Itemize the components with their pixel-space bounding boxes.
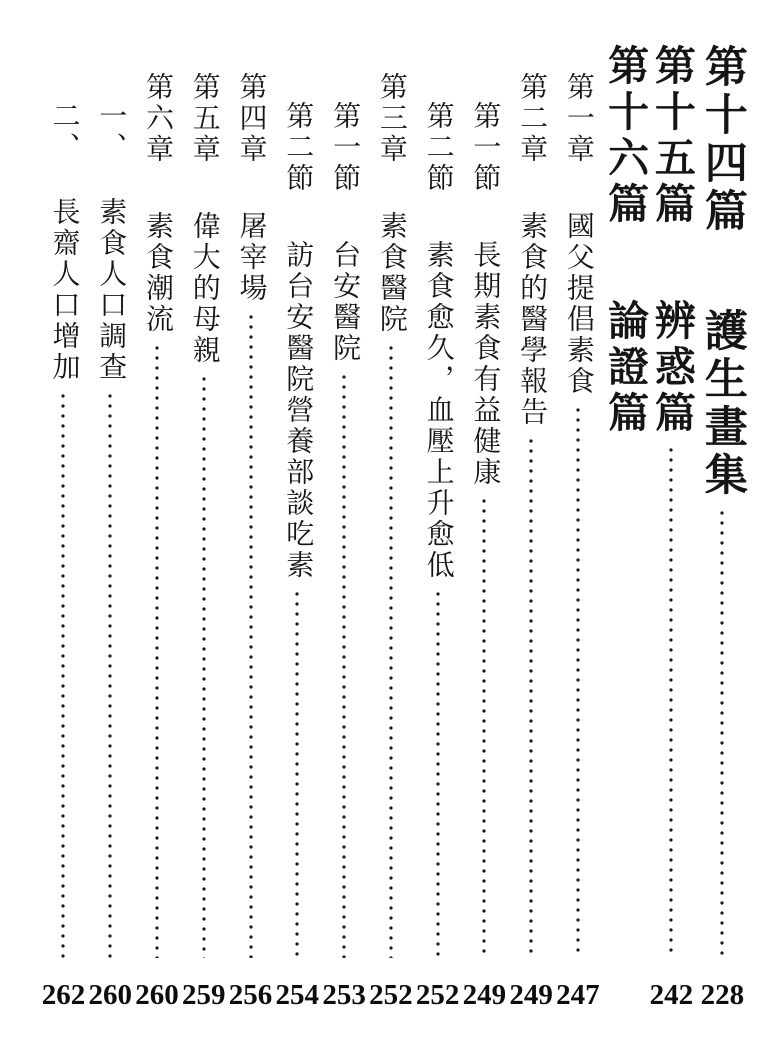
toc-entry: 第二節 訪台安醫院營養部談吃素 254: [274, 44, 321, 1010]
toc-entry-text: 第一章 國父提倡素食: [564, 44, 592, 397]
page-number: 253: [322, 958, 366, 1010]
toc-entry-label: 第四章: [237, 72, 265, 165]
page-number: 249: [463, 958, 507, 1010]
toc-entry-text: 第三章 素食醫院: [377, 44, 405, 335]
toc-entry: 第二章 素食的醫學報告 249: [508, 44, 555, 1010]
toc-entry-title: 偉大的母親: [190, 211, 218, 366]
toc-entry-title: 長齋人口增加: [49, 197, 77, 383]
dot-leader: [667, 445, 675, 958]
dot-leader: [247, 312, 255, 958]
page-number: 228: [701, 958, 745, 1010]
toc-entry-title: 長期素食有益健康: [470, 240, 498, 488]
toc-entry-title: 訪台安醫院營養部談吃素: [283, 240, 311, 581]
toc-entry-text: 第一節 台安醫院: [330, 44, 358, 364]
toc-entry-text: 第十六篇 論證篇: [604, 44, 645, 437]
toc-entry-title: 屠宰場: [237, 211, 265, 304]
toc-entry-label: 二、: [49, 101, 77, 163]
toc-entry-text: 第五章 偉大的母親: [190, 44, 218, 366]
toc-entry-text: 第二節 訪台安醫院營養部談吃素: [283, 44, 311, 581]
dot-leader: [718, 508, 726, 958]
page-number: 249: [509, 958, 553, 1010]
dot-leader: [340, 372, 348, 958]
toc-entry-title: 素食醫院: [377, 211, 405, 335]
dot-leader: [106, 391, 114, 958]
toc-entry-title: 論證篇: [604, 299, 645, 437]
toc-entry-title: 素食愈久，血壓上升愈低: [424, 240, 452, 581]
page-number: 242: [650, 958, 694, 1010]
toc-entry-label: 第三章: [377, 72, 405, 165]
page-number: 259: [182, 958, 226, 1010]
toc-entry-title: 台安醫院: [330, 240, 358, 364]
toc-entry-text: 第一節 長期素食有益健康: [470, 44, 498, 488]
page-number: 254: [276, 958, 320, 1010]
dot-leader: [621, 445, 629, 958]
toc-entry-label: 第六章: [143, 72, 171, 165]
dot-leader: [480, 496, 488, 958]
toc-entry: 第四章 屠宰場 256: [227, 44, 274, 1010]
toc-entry: 第一節 長期素食有益健康 249: [461, 44, 508, 1010]
toc-entry-text: 第十四篇 護生畫集: [701, 44, 744, 500]
toc-entry-text: 第六章 素食潮流: [143, 44, 171, 335]
toc-entry-label: 第一節: [470, 101, 498, 194]
dot-leader: [59, 391, 67, 958]
dot-leader: [200, 374, 208, 958]
toc-entry-label: 第二章: [517, 72, 545, 165]
toc-entry-title: 護生畫集: [701, 308, 744, 500]
toc-entry-label: 第十六篇: [604, 44, 645, 228]
toc-entry: 第十六篇 論證篇: [601, 44, 648, 1010]
toc-entry-label: 第二節: [283, 101, 311, 194]
toc-entry-title: 素食的醫學報告: [517, 211, 545, 428]
toc-entry-text: 第二節 素食愈久，血壓上升愈低: [424, 44, 452, 581]
page-number: 256: [229, 958, 273, 1010]
toc-entry: 第二節 素食愈久，血壓上升愈低 252: [414, 44, 461, 1010]
toc-entry-label: 第一節: [330, 101, 358, 194]
page-number: 262: [42, 958, 86, 1010]
toc-entry: 第三章 素食醫院 252: [367, 44, 414, 1010]
toc-entry-title: 素食人口調查: [96, 197, 124, 383]
toc-entry-text: 第二章 素食的醫學報告: [517, 44, 545, 428]
toc-entry-label: 第一章: [564, 72, 592, 165]
toc-entry-label: 一、: [96, 101, 124, 163]
dot-leader: [527, 436, 535, 958]
toc-entry-title: 素食潮流: [143, 211, 171, 335]
toc-entry-text: 第十五篇 辨惑篇: [651, 44, 692, 437]
page-number: 260: [135, 958, 179, 1010]
dot-leader: [293, 589, 301, 958]
toc-entry: 第十五篇 辨惑篇 242: [648, 44, 695, 1010]
toc-entry: 二、 長齋人口增加 262: [40, 44, 87, 1010]
page-number: 260: [88, 958, 132, 1010]
toc-entry: 第五章 偉大的母親 259: [180, 44, 227, 1010]
toc-entry-text: 第四章 屠宰場: [237, 44, 265, 304]
toc-entry-text: 二、 長齋人口增加: [49, 44, 77, 383]
dot-leader: [153, 343, 161, 958]
toc-entry-label: 第二節: [424, 101, 452, 194]
toc-entry-title: 辨惑篇: [651, 299, 692, 437]
toc-entry: 一、 素食人口調查 260: [87, 44, 134, 1010]
page-number: 252: [369, 958, 413, 1010]
toc-entry-label: 第十五篇: [651, 44, 692, 228]
dot-leader: [387, 343, 395, 958]
toc-page: 第十四篇 護生畫集 228 第十五篇 辨惑篇 242 第十六篇 論證篇 第一章 …: [0, 0, 770, 1053]
dot-leader: [434, 589, 442, 958]
page-number: 252: [416, 958, 460, 1010]
toc-entry: 第一節 台安醫院 253: [321, 44, 368, 1010]
toc-entry: 第十四篇 護生畫集 228: [695, 44, 750, 1010]
toc-entry: 第一章 國父提倡素食 247: [555, 44, 602, 1010]
dot-leader: [574, 405, 582, 958]
toc-entry: 第六章 素食潮流 260: [134, 44, 181, 1010]
toc-entry-text: 一、 素食人口調查: [96, 44, 124, 383]
page-number: 247: [556, 958, 600, 1010]
toc-entry-title: 國父提倡素食: [564, 211, 592, 397]
toc-entry-label: 第五章: [190, 72, 218, 165]
toc-entry-label: 第十四篇: [701, 44, 744, 236]
